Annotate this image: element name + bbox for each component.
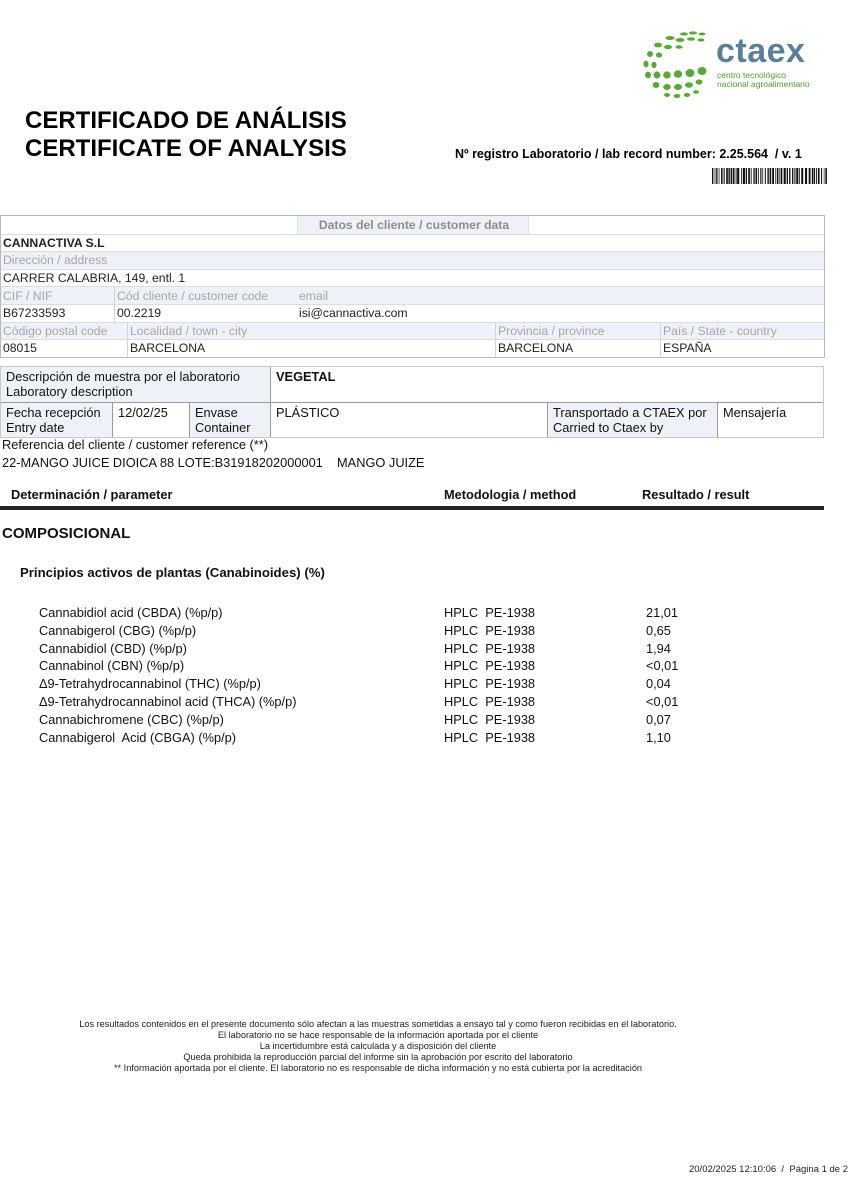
email-value: isi@cannactiva.com xyxy=(297,305,408,322)
result-cell: 0,04 xyxy=(646,676,671,691)
parameter-cell: Cannabinol (CBN) (%p/p) xyxy=(39,658,184,673)
section-title: COMPOSICIONAL xyxy=(2,525,130,542)
result-cell: 21,01 xyxy=(646,605,678,620)
result-cell: 0,07 xyxy=(646,712,671,727)
carried-by-label-en: Carried to Ctaex by xyxy=(553,420,712,435)
container-label: Envase Container xyxy=(189,403,270,437)
city-value: BARCELONA xyxy=(127,340,495,357)
customer-data-table: Datos del cliente / customer data CANNAC… xyxy=(0,215,825,358)
customer-header-row: Datos del cliente / customer data xyxy=(1,216,824,234)
results-table: Cannabidiol acid (CBDA) (%p/p)HPLC PE-19… xyxy=(0,605,824,747)
customer-reference-label: Referencia del cliente / customer refere… xyxy=(2,437,268,452)
parameter-cell: Cannabigerol (CBG) (%p/p) xyxy=(39,623,196,638)
parameter-cell: Cannabigerol Acid (CBGA) (%p/p) xyxy=(39,730,236,745)
entry-row: Fecha recepción Entry date 12/02/25 Enva… xyxy=(1,402,823,437)
method-cell: HPLC PE-1938 xyxy=(444,730,535,745)
method-cell: HPLC PE-1938 xyxy=(444,658,535,673)
sample-table: Descripción de muestra por el laboratori… xyxy=(0,366,824,438)
header-divider xyxy=(0,506,824,510)
customer-code-value: 00.2219 xyxy=(114,305,297,322)
result-cell: 1,10 xyxy=(646,730,671,745)
lab-description-value: VEGETAL xyxy=(270,367,823,402)
address-label-row: Dirección / address xyxy=(1,251,824,269)
ctaex-logo: ctaex centro tecnológico nacional agroal… xyxy=(640,28,830,102)
method-cell: HPLC PE-1938 xyxy=(444,694,535,709)
ids-label-row: CIF / NIF Cód cliente / customer code em… xyxy=(1,286,824,304)
parameter-cell: Cannabichromene (CBC) (%p/p) xyxy=(39,712,224,727)
address-label: Dirección / address xyxy=(1,252,107,269)
result-cell: 0,65 xyxy=(646,623,671,638)
email-label: email xyxy=(297,287,328,304)
customer-data-title: Datos del cliente / customer data xyxy=(297,216,529,234)
address-row: CARRER CALABRIA, 149, entl. 1 xyxy=(1,269,824,287)
page-footer: 20/02/2025 12:10:06 / Página 1 de 2 xyxy=(689,1164,848,1175)
company-row: CANNACTIVA S.L xyxy=(1,234,824,252)
cif-value: B67233593 xyxy=(1,305,114,322)
container-value: PLÁSTICO xyxy=(270,403,547,437)
carried-by-value: Mensajería xyxy=(717,403,823,437)
logo-wordmark: ctaex xyxy=(716,32,805,71)
disclaimer-line: La incertidumbre está calculada y a disp… xyxy=(0,1041,756,1052)
company-name: CANNACTIVA S.L xyxy=(1,235,105,252)
barcode-icon xyxy=(712,168,828,184)
disclaimer: Los resultados contenidos en el presente… xyxy=(0,1019,756,1074)
country-value: ESPAÑA xyxy=(660,340,824,357)
province-label: Provincia / province xyxy=(495,323,660,340)
results-header: Determinación / parameter Metodologia / … xyxy=(0,485,824,507)
parameter-cell: Δ9-Tetrahydrocannabinol (THC) (%p/p) xyxy=(39,676,261,691)
entry-date-label-en: Entry date xyxy=(6,420,107,435)
lab-description-label-es: Descripción de muestra por el laboratori… xyxy=(6,369,265,384)
entry-date-label: Fecha recepción Entry date xyxy=(1,403,112,437)
carried-by-label: Transportado a CTAEX por Carried to Ctae… xyxy=(547,403,717,437)
table-row: Cannabidiol acid (CBDA) (%p/p)HPLC PE-19… xyxy=(0,605,824,623)
parameter-column-header: Determinación / parameter xyxy=(11,487,172,502)
address-value: CARRER CALABRIA, 149, entl. 1 xyxy=(1,270,185,287)
method-column-header: Metodologia / method xyxy=(444,487,576,502)
page-number: Página 1 de 2 xyxy=(789,1164,848,1175)
table-row: Δ9-Tetrahydrocannabinol acid (THCA) (%p/… xyxy=(0,694,824,712)
logo-subtitle-line2: nacional agroalimentario xyxy=(717,80,810,89)
logo-dots-icon xyxy=(640,28,716,102)
method-cell: HPLC PE-1938 xyxy=(444,605,535,620)
table-row: Cannabigerol (CBG) (%p/p)HPLC PE-19380,6… xyxy=(0,623,824,641)
result-column-header: Resultado / result xyxy=(642,487,749,502)
lab-description-label-en: Laboratory description xyxy=(6,384,265,399)
method-cell: HPLC PE-1938 xyxy=(444,623,535,638)
table-row: Cannabidiol (CBD) (%p/p)HPLC PE-19381,94 xyxy=(0,641,824,659)
result-cell: 1,94 xyxy=(646,641,671,656)
disclaimer-line: El laboratorio no se hace responsable de… xyxy=(0,1030,756,1041)
result-cell: <0,01 xyxy=(646,658,678,673)
disclaimer-line: Los resultados contenidos en el presente… xyxy=(0,1019,756,1030)
title-es: CERTIFICADO DE ANÁLISIS xyxy=(25,107,347,135)
parameter-cell: Cannabidiol acid (CBDA) (%p/p) xyxy=(39,605,223,620)
subsection-title: Principios activos de plantas (Canabinoi… xyxy=(20,565,325,580)
parameter-cell: Δ9-Tetrahydrocannabinol acid (THCA) (%p/… xyxy=(39,694,296,709)
timestamp: 20/02/2025 12:10:06 xyxy=(689,1164,776,1175)
country-label: País / State - country xyxy=(660,323,824,340)
disclaimer-line: Queda prohibida la reproducción parcial … xyxy=(0,1052,756,1063)
location-row: 08015 BARCELONA BARCELONA ESPAÑA xyxy=(1,339,824,357)
customer-reference-value: 22-MANGO JUICE DIOICA 88 LOTE:B319182020… xyxy=(2,455,424,470)
cif-label: CIF / NIF xyxy=(1,287,114,304)
table-row: Cannabinol (CBN) (%p/p)HPLC PE-1938<0,01 xyxy=(0,658,824,676)
postal-code-value: 08015 xyxy=(1,340,127,357)
parameter-cell: Cannabidiol (CBD) (%p/p) xyxy=(39,641,187,656)
city-label: Localidad / town - city xyxy=(127,323,495,340)
ids-row: B67233593 00.2219 isi@cannactiva.com xyxy=(1,304,824,322)
disclaimer-line: ** Información aportada por el cliente. … xyxy=(0,1063,756,1074)
container-label-en: Container xyxy=(195,420,265,435)
province-value: BARCELONA xyxy=(495,340,660,357)
lab-description-label: Descripción de muestra por el laboratori… xyxy=(1,367,270,402)
table-row: Cannabichromene (CBC) (%p/p)HPLC PE-1938… xyxy=(0,712,824,730)
postal-code-label: Código postal code xyxy=(1,323,127,340)
location-label-row: Código postal code Localidad / town - ci… xyxy=(1,322,824,340)
lab-record-number: Nº registro Laboratorio / lab record num… xyxy=(455,147,802,161)
method-cell: HPLC PE-1938 xyxy=(444,641,535,656)
table-row: Δ9-Tetrahydrocannabinol (THC) (%p/p)HPLC… xyxy=(0,676,824,694)
table-row: Cannabigerol Acid (CBGA) (%p/p)HPLC PE-1… xyxy=(0,730,824,748)
title-en: CERTIFICATE OF ANALYSIS xyxy=(25,135,347,163)
customer-code-label: Cód cliente / customer code xyxy=(114,287,297,304)
container-label-es: Envase xyxy=(195,405,265,420)
entry-date-label-es: Fecha recepción xyxy=(6,405,107,420)
method-cell: HPLC PE-1938 xyxy=(444,676,535,691)
result-cell: <0,01 xyxy=(646,694,678,709)
entry-date-value: 12/02/25 xyxy=(112,403,189,437)
document-title: CERTIFICADO DE ANÁLISIS CERTIFICATE OF A… xyxy=(25,107,347,163)
method-cell: HPLC PE-1938 xyxy=(444,712,535,727)
carried-by-label-es: Transportado a CTAEX por xyxy=(553,405,712,420)
logo-subtitle: centro tecnológico nacional agroalimenta… xyxy=(717,71,810,89)
lab-description-row: Descripción de muestra por el laboratori… xyxy=(1,367,823,402)
